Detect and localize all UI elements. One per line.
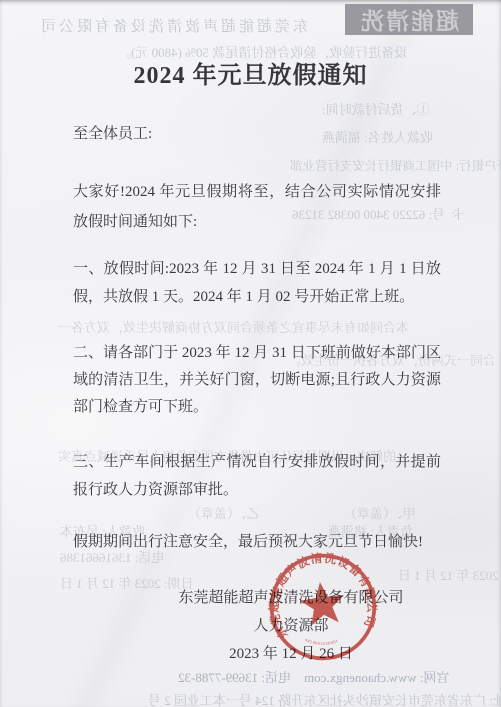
- bleedthrough-line: 官网: www.chaonengx.com 电话: 13699-7788-32: [178, 667, 449, 686]
- signature-department: 人力资源部: [160, 612, 422, 640]
- bleedthrough-line: 地址: 广东省东莞市长安镇沙头社区东升路 124 号一本工业园 2 号: [148, 690, 501, 707]
- signature-block: 东莞超能超声波清洗设备有限公司 人力资源部 2023 年 12 月 26 日: [160, 584, 422, 668]
- salutation: 至全体员工:: [73, 120, 441, 148]
- bleedthrough-line: 东莞超能超声波清洗设备有限公司: [38, 15, 308, 36]
- closing-wish: 假期期间出行注意安全，最后预祝大家元旦节日愉快!: [73, 528, 473, 556]
- notice-item-1: 一、放假时间:2023 年 12 月 31 日至 2024 年 1 月 1 日放…: [73, 255, 441, 311]
- signature-company: 东莞超能超声波清洗设备有限公司: [160, 584, 422, 612]
- notice-title: 2024 年元旦放假通知: [0, 55, 501, 90]
- signature-date: 2023 年 12 月 26 日: [160, 640, 422, 668]
- notice-item-2: 二、请各部门于 2023 年 12 月 31 日下班前做好本部门区域的清洁卫生，…: [73, 340, 441, 421]
- notice-item-3: 三、生产车间根据生产情况自行安排放假时间，并提前报行政人力资源部审批。: [73, 448, 441, 504]
- intro-paragraph: 大家好!2024 年元旦假期将至，结合公司实际情况安排放假时间通知如下:: [73, 177, 441, 237]
- bleedthrough-line: 日期: 2023 年 12 月 1 日: [398, 565, 501, 584]
- bleedthrough-logo-block: 超能清洗: [345, 4, 473, 35]
- bleedthrough-line: ①、货后付款时间:: [322, 99, 430, 118]
- bleedthrough-line: ②、开户银行: 中国工商银行长安支行营业部: [290, 156, 501, 174]
- bleedthrough-logo-text: 超能清洗: [359, 3, 459, 36]
- bleedthrough-line: 甲、（盖章） 乙、（盖章）: [188, 503, 416, 522]
- scanned-notice-page: 超能清洗 东莞超能超声波清洗设备有限公司 设备进行验收，验收合格付清尾款 50%…: [0, 0, 501, 707]
- bleedthrough-line: 本合同如有未尽事宜之条须合同双方协商解决生效，双方各一: [58, 317, 409, 336]
